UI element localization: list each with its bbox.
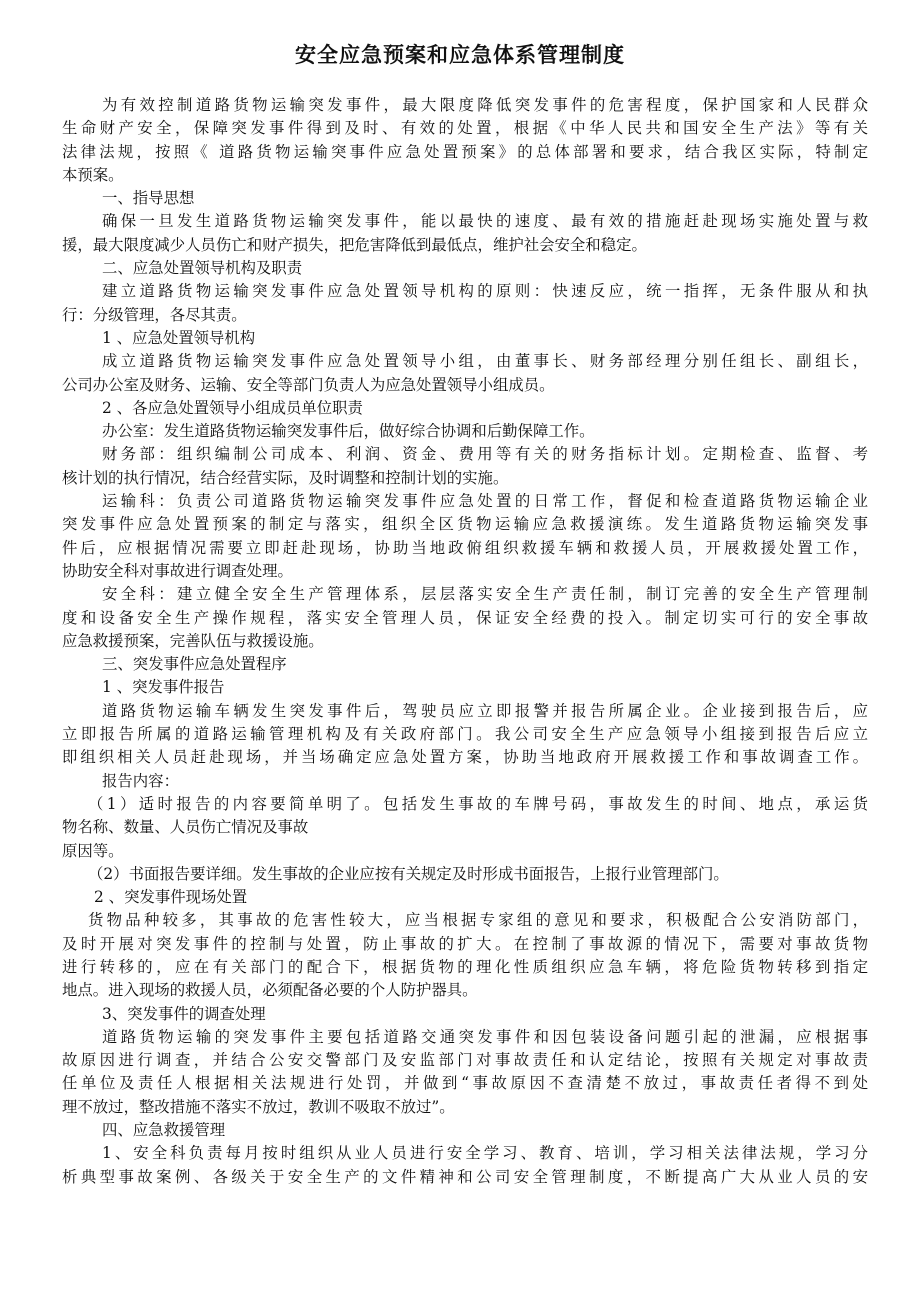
text-line: 析典型事故案例、各级关于安全生产的文件精神和公司安全管理制度，不断提高广大从业人… bbox=[62, 1166, 868, 1189]
text-line: 二、应急处置领导机构及职责 bbox=[62, 257, 868, 280]
text-line: 公司办公室及财务、运输、安全等部门负责人为应急处置领导小组成员。 bbox=[62, 374, 868, 397]
text-line: 立即报告所属的道路运输管理机构及有关政府部门。我公司安全生产应急领导小组接到报告… bbox=[62, 723, 868, 746]
text-line: 2 、各应急处置领导小组成员单位职责 bbox=[62, 397, 868, 420]
text-line: 1 、突发事件报告 bbox=[62, 676, 868, 699]
text-line: 应急救援预案，完善队伍与救援设施。 bbox=[62, 630, 868, 653]
text-line: 援，最大限度减少人员伤亡和财产损失，把危害降低到最低点，维护社会安全和稳定。 bbox=[62, 234, 868, 257]
document-body: 为有效控制道路货物运输突发事件，最大限度降低突发事件的危害程度，保护国家和人民群… bbox=[62, 94, 868, 1189]
text-line: 1、安全科负责每月按时组织从业人员进行安全学习、教育、培训，学习相关法律法规，学… bbox=[62, 1142, 868, 1165]
text-line: 报告内容： bbox=[62, 770, 868, 793]
text-line: （1）适时报告的内容要简单明了。包括发生事故的车牌号码，事故发生的时间、地点，承… bbox=[62, 793, 868, 816]
text-line: 度和设备安全生产操作规程，落实安全管理人员，保证安全经费的投入。制定切实可行的安… bbox=[62, 607, 868, 630]
text-line: 运输科：负责公司道路货物运输突发事件应急处置的日常工作，督促和检查道路货物运输企… bbox=[62, 490, 868, 513]
text-line: 进行转移的，应在有关部门的配合下，根据货物的理化性质组织应急车辆，将危险货物转移… bbox=[62, 956, 868, 979]
text-line: 安全科：建立健全安全生产管理体系，层层落实安全生产责任制，制订完善的安全生产管理… bbox=[62, 583, 868, 606]
text-line: 法律法规，按照《 道路货物运输突事件应急处置预案》的总体部署和要求，结合我区实际… bbox=[62, 141, 868, 164]
text-line: 故原因进行调查，并结合公安交警部门及安监部门对事故责任和认定结论，按照有关规定对… bbox=[62, 1049, 868, 1072]
text-line: 件后，应根据情况需要立即赶赴现场，协助当地政俯组织救援车辆和救援人员，开展救援处… bbox=[62, 537, 868, 560]
text-line: 办公室：发生道路货物运输突发事件后，做好综合协调和后勤保障工作。 bbox=[62, 420, 868, 443]
text-line: 三、突发事件应急处置程序 bbox=[62, 653, 868, 676]
text-line: 协助安全科对事故进行调查处理。 bbox=[62, 560, 868, 583]
text-line: 一、指导思想 bbox=[62, 187, 868, 210]
text-line: 建立道路货物运输突发事件应急处置领导机构的原则：快速反应，统一指挥，无条件服从和… bbox=[62, 280, 868, 303]
text-line: 为有效控制道路货物运输突发事件，最大限度降低突发事件的危害程度，保护国家和人民群… bbox=[62, 94, 868, 117]
text-line: 道路货物运输车辆发生突发事件后，驾驶员应立即报警并报告所属企业。企业接到报告后，… bbox=[62, 700, 868, 723]
document-title: 安全应急预案和应急体系管理制度 bbox=[0, 40, 920, 70]
text-line: 突发事件应急处置预案的制定与落实，组织全区货物运输应急救援演练。发生道路货物运输… bbox=[62, 513, 868, 536]
text-line: 理不放过，整改措施不落实不放过，教训不吸取不放过”。 bbox=[62, 1096, 868, 1119]
text-line: 即组织相关人员赶赴现场，并当场确定应急处置方案，协助当地政府开展救援工作和事故调… bbox=[62, 746, 868, 769]
text-line: 物名称、数量、人员伤亡情况及事故 bbox=[62, 816, 868, 839]
text-line: 1 、应急处置领导机构 bbox=[62, 327, 868, 350]
text-line: 及时开展对突发事件的控制与处置，防止事故的扩大。在控制了事故源的情况下，需要对事… bbox=[62, 933, 868, 956]
text-line: 四、应急救援管理 bbox=[62, 1119, 868, 1142]
text-line: 任单位及责任人根据相关法规进行处罚，并做到“事故原因不查清楚不放过，事故责任者得… bbox=[62, 1072, 868, 1095]
text-line: （2）书面报告要详细。发生事故的企业应按有关规定及时形成书面报告，上报行业管理部… bbox=[62, 863, 868, 886]
text-line: 财务部：组织编制公司成本、利润、资金、费用等有关的财务指标计划。定期检查、监督、… bbox=[62, 443, 868, 466]
text-line: 2 、突发事件现场处置 bbox=[62, 886, 868, 909]
text-line: 生命财产安全，保障突发事件得到及时、有效的处置，根据《中华人民共和国安全生产法》… bbox=[62, 117, 868, 140]
text-line: 行：分级管理，各尽其责。 bbox=[62, 304, 868, 327]
text-line: 核计划的执行情况，结合经营实际，及时调整和控制计划的实施。 bbox=[62, 467, 868, 490]
text-line: 地点。进入现场的救援人员，必须配备必要的个人防护器具。 bbox=[62, 979, 868, 1002]
text-line: 成立道路货物运输突发事件应急处置领导小组，由董事长、财务部经理分别任组长、副组长… bbox=[62, 350, 868, 373]
text-line: 货物品种较多，其事故的危害性较大，应当根据专家组的意见和要求，积极配合公安消防部… bbox=[62, 909, 868, 932]
text-line: 确保一旦发生道路货物运输突发事件，能以最快的速度、最有效的措施赶赴现场实施处置与… bbox=[62, 210, 868, 233]
text-line: 本预案。 bbox=[62, 164, 868, 187]
text-line: 原因等。 bbox=[62, 840, 868, 863]
text-line: 道路货物运输的突发事件主要包括道路交通突发事件和因包装设备问题引起的泄漏，应根据… bbox=[62, 1026, 868, 1049]
text-line: 3、突发事件的调查处理 bbox=[62, 1003, 868, 1026]
